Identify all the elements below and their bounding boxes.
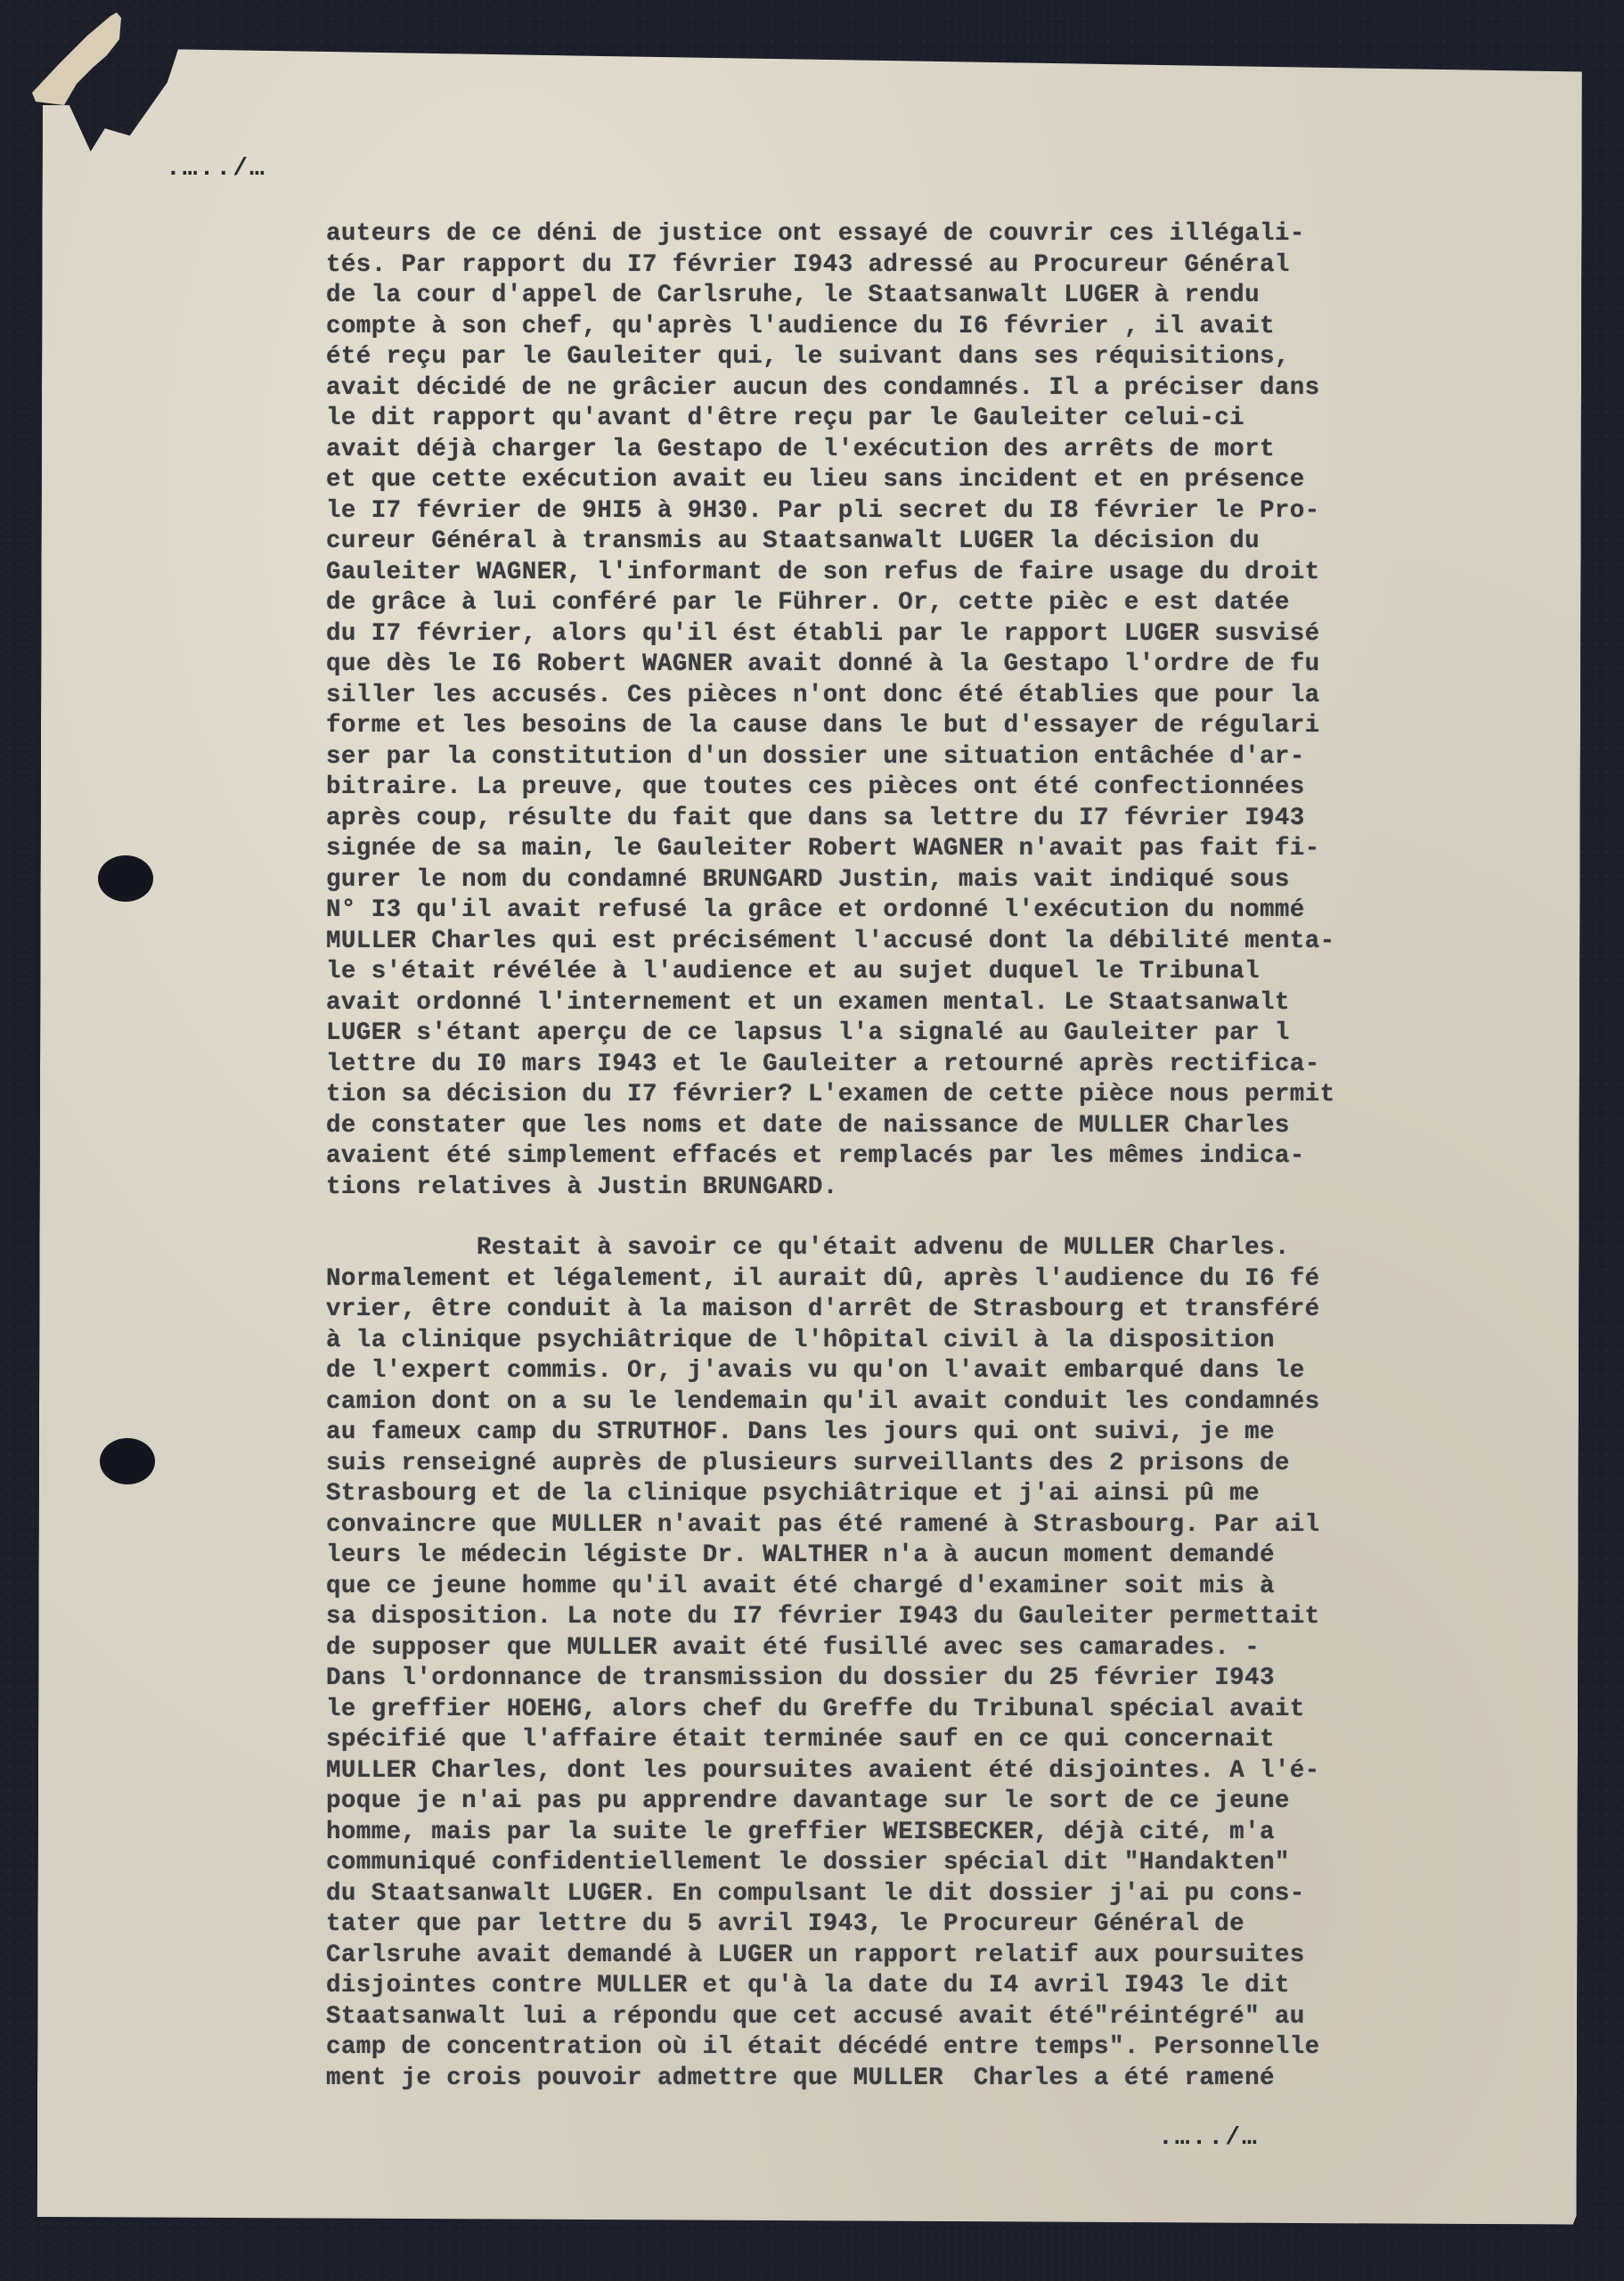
text-line: du I7 février, alors qu'il ést établi pa… bbox=[326, 619, 1573, 650]
text-line: disjointes contre MULLER et qu'à la date… bbox=[326, 1971, 1573, 2002]
text-line: poque je n'ai pas pu apprendre davantage… bbox=[326, 1786, 1573, 1818]
text-line: que dès le I6 Robert WAGNER avait donné … bbox=[326, 650, 1573, 681]
continuation-marker-top: .…../… bbox=[166, 155, 266, 183]
text-line: camp de concentration où il était décédé… bbox=[326, 2032, 1573, 2064]
text-line: convaincre que MULLER n'avait pas été ra… bbox=[326, 1510, 1573, 1541]
text-line: MULLER Charles, dont les poursuites avai… bbox=[326, 1756, 1573, 1787]
text-line: le greffier HOEHG, alors chef du Greffe … bbox=[326, 1695, 1573, 1726]
paragraph-2: Restait à savoir ce qu'était advenu de M… bbox=[326, 1233, 1573, 2094]
text-line: auteurs de ce déni de justice ont essayé… bbox=[326, 219, 1573, 250]
text-line: Gauleiter WAGNER, l'informant de son ref… bbox=[326, 558, 1573, 589]
text-line: de supposer que MULLER avait été fusillé… bbox=[326, 1633, 1573, 1664]
document-body: auteurs de ce déni de justice ont essayé… bbox=[326, 219, 1573, 2094]
text-line: au fameux camp du STRUTHOF. Dans les jou… bbox=[326, 1418, 1573, 1449]
text-line: le dit rapport qu'avant d'être reçu par … bbox=[326, 404, 1573, 435]
text-line: avait ordonné l'internement et un examen… bbox=[326, 988, 1573, 1019]
text-line: Restait à savoir ce qu'était advenu de M… bbox=[326, 1233, 1573, 1264]
text-line: siller les accusés. Ces pièces n'ont don… bbox=[326, 681, 1573, 712]
text-line: été reçu par le Gauleiter qui, le suivan… bbox=[326, 342, 1573, 373]
text-line: LUGER s'étant aperçu de ce lapsus l'a si… bbox=[326, 1018, 1573, 1050]
text-line: gurer le nom du condamné BRUNGARD Justin… bbox=[326, 865, 1573, 896]
text-line: vrier, être conduit à la maison d'arrêt … bbox=[326, 1295, 1573, 1326]
text-line: après coup, résulte du fait que dans sa … bbox=[326, 804, 1573, 835]
text-line: Normalement et légalement, il aurait dû,… bbox=[326, 1264, 1573, 1296]
text-line: signée de sa main, le Gauleiter Robert W… bbox=[326, 834, 1573, 865]
text-line: le I7 février de 9HI5 à 9H30. Par pli se… bbox=[326, 496, 1573, 527]
text-line: N° I3 qu'il avait refusé la grâce et ord… bbox=[326, 895, 1573, 927]
text-line: Staatsanwalt lui a répondu que cet accus… bbox=[326, 2002, 1573, 2033]
text-line: homme, mais par la suite le greffier WEI… bbox=[326, 1818, 1573, 1849]
text-line: de grâce à lui conféré par le Führer. Or… bbox=[326, 588, 1573, 619]
text-line: avaient été simplement effacés et rempla… bbox=[326, 1141, 1573, 1173]
text-line: Carlsruhe avait demandé à LUGER un rappo… bbox=[326, 1941, 1573, 1972]
text-line: Dans l'ordonnance de transmission du dos… bbox=[326, 1664, 1573, 1695]
text-line: bitraire. La preuve, que toutes ces pièc… bbox=[326, 773, 1573, 804]
text-line: de la cour d'appel de Carlsruhe, le Staa… bbox=[326, 281, 1573, 312]
text-line: avait décidé de ne grâcier aucun des con… bbox=[326, 373, 1573, 405]
paragraph-1: auteurs de ce déni de justice ont essayé… bbox=[326, 219, 1573, 1203]
text-line: ment je crois pouvoir admettre que MULLE… bbox=[326, 2064, 1573, 2095]
text-line: tater que par lettre du 5 avril I943, le… bbox=[326, 1909, 1573, 1941]
text-line: de l'expert commis. Or, j'avais vu qu'on… bbox=[326, 1356, 1573, 1387]
text-line: sa disposition. La note du I7 février I9… bbox=[326, 1602, 1573, 1633]
text-line: forme et les besoins de la cause dans le… bbox=[326, 711, 1573, 742]
text-line: lettre du I0 mars I943 et le Gauleiter a… bbox=[326, 1050, 1573, 1081]
text-line: ser par la constitution d'un dossier une… bbox=[326, 742, 1573, 773]
text-line: tés. Par rapport du I7 février I943 adre… bbox=[326, 250, 1573, 282]
text-line: du Staatsanwalt LUGER. En compulsant le … bbox=[326, 1879, 1573, 1910]
text-line: MULLER Charles qui est précisément l'acc… bbox=[326, 927, 1573, 958]
text-line: que ce jeune homme qu'il avait été charg… bbox=[326, 1572, 1573, 1603]
text-line: tion sa décision du I7 février? L'examen… bbox=[326, 1080, 1573, 1111]
text-line: à la clinique psychiâtrique de l'hôpital… bbox=[326, 1326, 1573, 1357]
text-line: suis renseigné auprès de plusieurs surve… bbox=[326, 1449, 1573, 1480]
punch-hole-lower bbox=[100, 1438, 155, 1484]
text-line: spécifié que l'affaire était terminée sa… bbox=[326, 1725, 1573, 1756]
text-line: camion dont on a su le lendemain qu'il a… bbox=[326, 1387, 1573, 1418]
continuation-marker-bottom: .…../… bbox=[1158, 2124, 1259, 2152]
text-line: leurs le médecin légiste Dr. WALTHER n'a… bbox=[326, 1541, 1573, 1572]
punch-hole-upper bbox=[98, 855, 153, 902]
text-line: le s'était révélée à l'audience et au su… bbox=[326, 957, 1573, 988]
text-line: compte à son chef, qu'après l'audience d… bbox=[326, 312, 1573, 343]
text-line: avait déjà charger la Gestapo de l'exécu… bbox=[326, 435, 1573, 466]
text-line: tions relatives à Justin BRUNGARD. bbox=[326, 1173, 1573, 1204]
text-line: Strasbourg et de la clinique psychiâtriq… bbox=[326, 1479, 1573, 1510]
text-line: cureur Général à transmis au Staatsanwal… bbox=[326, 527, 1573, 558]
text-line: et que cette exécution avait eu lieu san… bbox=[326, 465, 1573, 496]
text-line: de constater que les noms et date de nai… bbox=[326, 1111, 1573, 1142]
text-line: communiqué confidentiellement le dossier… bbox=[326, 1848, 1573, 1879]
